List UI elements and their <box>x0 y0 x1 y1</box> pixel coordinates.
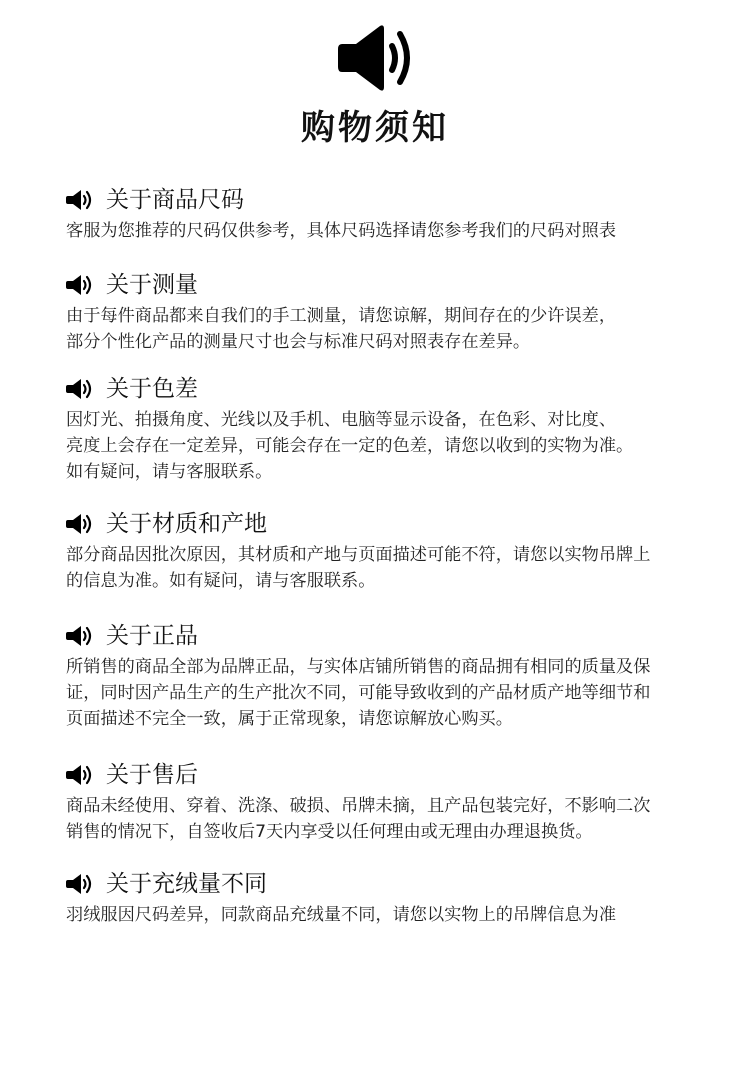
text-line: 页面描述不完全一致，属于正常现象，请您谅解放心购买。 <box>66 706 684 732</box>
section-text: 部分商品因批次原因，其材质和产地与页面描述可能不符，请您以实物吊牌上 的信息为准… <box>66 542 684 594</box>
section-header: 关于充绒量不同 <box>66 868 696 900</box>
text-line: 证，同时因产品生产的生产批次不同，可能导致收到的产品材质产地等细节和 <box>66 680 684 706</box>
section-header: 关于测量 <box>66 269 696 301</box>
section-title: 关于材质和产地 <box>106 508 267 540</box>
section-text: 所销售的商品全部为品牌正品，与实体店铺所销售的商品拥有相同的质量及保 证，同时因… <box>66 654 684 732</box>
speaker-icon <box>66 189 96 211</box>
text-line: 由于每件商品都来自我们的手工测量，请您谅解，期间存在的少许误差， <box>66 303 684 329</box>
text-line: 所销售的商品全部为品牌正品，与实体店铺所销售的商品拥有相同的质量及保 <box>66 654 684 680</box>
section-after-sales: 关于售后 商品未经使用、穿着、洗涤、破损、吊牌未摘，且产品包装完好，不影响二次 … <box>66 759 696 845</box>
text-line: 羽绒服因尺码差异，同款商品充绒量不同，请您以实物上的吊牌信息为准 <box>66 902 684 928</box>
text-line: 亮度上会存在一定差异，可能会存在一定的色差，请您以收到的实物为准。 <box>66 433 684 459</box>
section-title: 关于充绒量不同 <box>106 868 267 900</box>
section-color-difference: 关于色差 因灯光、拍摄角度、光线以及手机、电脑等显示设备，在色彩、对比度、 亮度… <box>66 373 696 485</box>
speaker-icon <box>66 274 96 296</box>
page-title: 购物须知 <box>0 100 750 149</box>
section-material-origin: 关于材质和产地 部分商品因批次原因，其材质和产地与页面描述可能不符，请您以实物吊… <box>66 508 696 594</box>
speaker-icon <box>66 764 96 786</box>
text-line: 客服为您推荐的尺码仅供参考，具体尺码选择请您参考我们的尺码对照表 <box>66 218 684 244</box>
text-line: 商品未经使用、穿着、洗涤、破损、吊牌未摘，且产品包装完好，不影响二次 <box>66 793 684 819</box>
section-title: 关于商品尺码 <box>106 184 244 216</box>
text-line: 如有疑问，请与客服联系。 <box>66 459 684 485</box>
speaker-icon <box>66 873 96 895</box>
section-header: 关于材质和产地 <box>66 508 696 540</box>
section-size: 关于商品尺码 客服为您推荐的尺码仅供参考，具体尺码选择请您参考我们的尺码对照表 <box>66 184 696 244</box>
section-text: 羽绒服因尺码差异，同款商品充绒量不同，请您以实物上的吊牌信息为准 <box>66 902 684 928</box>
text-line: 销售的情况下，自签收后7天内享受以任何理由或无理由办理退换货。 <box>66 819 684 845</box>
section-measurement: 关于测量 由于每件商品都来自我们的手工测量，请您谅解，期间存在的少许误差， 部分… <box>66 269 696 355</box>
section-title: 关于色差 <box>106 373 198 405</box>
section-text: 客服为您推荐的尺码仅供参考，具体尺码选择请您参考我们的尺码对照表 <box>66 218 684 244</box>
section-header: 关于正品 <box>66 620 696 652</box>
text-line: 部分商品因批次原因，其材质和产地与页面描述可能不符，请您以实物吊牌上 <box>66 542 684 568</box>
speaker-icon <box>336 24 416 92</box>
section-title: 关于测量 <box>106 269 198 301</box>
text-line: 部分个性化产品的测量尺寸也会与标准尺码对照表存在差异。 <box>66 329 684 355</box>
speaker-icon <box>66 513 96 535</box>
section-authentic: 关于正品 所销售的商品全部为品牌正品，与实体店铺所销售的商品拥有相同的质量及保 … <box>66 620 696 732</box>
text-line: 因灯光、拍摄角度、光线以及手机、电脑等显示设备，在色彩、对比度、 <box>66 407 684 433</box>
section-header: 关于售后 <box>66 759 696 791</box>
speaker-icon <box>66 378 96 400</box>
section-text: 商品未经使用、穿着、洗涤、破损、吊牌未摘，且产品包装完好，不影响二次 销售的情况… <box>66 793 684 845</box>
section-text: 因灯光、拍摄角度、光线以及手机、电脑等显示设备，在色彩、对比度、 亮度上会存在一… <box>66 407 684 485</box>
speaker-icon <box>66 625 96 647</box>
section-title: 关于正品 <box>106 620 198 652</box>
section-header: 关于商品尺码 <box>66 184 696 216</box>
section-text: 由于每件商品都来自我们的手工测量，请您谅解，期间存在的少许误差， 部分个性化产品… <box>66 303 684 355</box>
section-down-fill: 关于充绒量不同 羽绒服因尺码差异，同款商品充绒量不同，请您以实物上的吊牌信息为准 <box>66 868 696 928</box>
section-header: 关于色差 <box>66 373 696 405</box>
text-line: 的信息为准。如有疑问，请与客服联系。 <box>66 568 684 594</box>
section-title: 关于售后 <box>106 759 198 791</box>
